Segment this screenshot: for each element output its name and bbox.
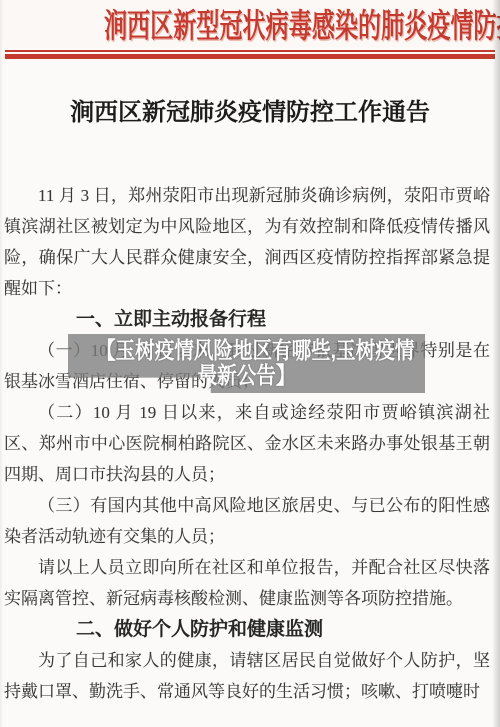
letterhead-rule-thick xyxy=(5,54,495,59)
paragraph-item-3: （三）有国内其他中高风险地区旅居史、与已公布的阳性感染者活动轨迹有交集的人员； xyxy=(4,490,490,552)
scanned-notice-page: 涧西区新型冠状病毒感染的肺炎疫情防控指挥部 涧西区新冠肺炎疫情防控工作通告 11… xyxy=(0,0,500,727)
section-heading-personal-protection: 二、做好个人防护和健康监测 xyxy=(4,614,490,645)
notice-title: 涧西区新冠肺炎疫情防控工作通告 xyxy=(0,99,500,127)
section-heading-report-itinerary: 一、立即主动报备行程 xyxy=(4,304,490,335)
scan-edge-right xyxy=(492,0,500,727)
overlay-caption-line-1: 【玉树疫情风险地区有哪些,玉树疫情 xyxy=(68,338,425,363)
paragraph-report-request: 请以上人员立即向所在社区和单位报告，并配合社区尽快落实隔离管控、新冠病毒核酸检测… xyxy=(4,552,490,614)
letterhead-rule-thin xyxy=(5,50,495,52)
scan-edge-left xyxy=(0,0,3,727)
paragraph-personal-protection: 为了自己和家人的健康，请辖区居民自觉做好个人防护，坚持戴口罩、勤洗手、常通风等良… xyxy=(4,645,490,707)
letterhead-banner: 涧西区新型冠状病毒感染的肺炎疫情防控指挥部 xyxy=(0,0,500,47)
paragraph-intro: 11 月 3 日，郑州荥阳市出现新冠肺炎确诊病例，荥阳市贾峪镇滨湖社区被划定为中… xyxy=(4,180,490,304)
letterhead-title: 涧西区新型冠状病毒感染的肺炎疫情防控指挥部 xyxy=(104,5,500,47)
paragraph-item-2: （二）10 月 19 日以来，来自或途经荥阳市贾峪镇滨湖社区、郑州市中心医院桐柏… xyxy=(4,397,490,490)
notice-body: 11 月 3 日，郑州荥阳市出现新冠肺炎确诊病例，荥阳市贾峪镇滨湖社区被划定为中… xyxy=(0,180,500,707)
